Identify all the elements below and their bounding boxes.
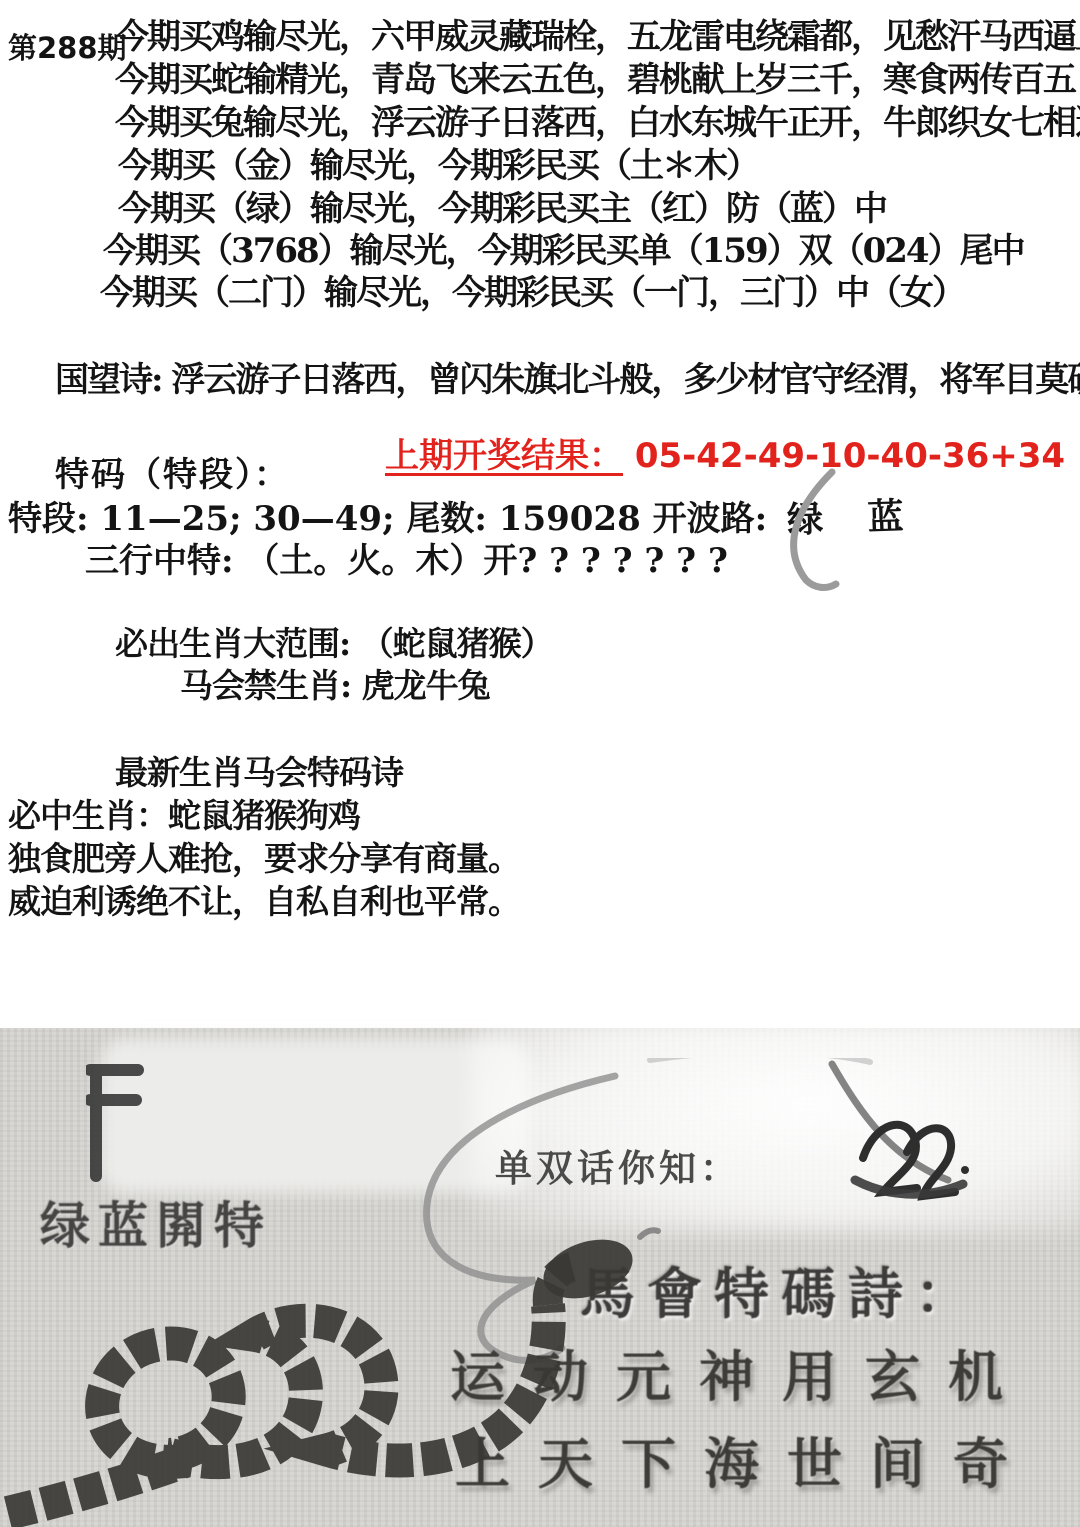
last-draw-result: 上期开奖结果： 05-42-49-10-40-36+34 bbox=[385, 428, 1065, 477]
guowang-text: 浮云游子日落西，曾闪朱旗北斗般，多少材官守经渭，将军目莫破愁颜。 bbox=[171, 360, 1080, 400]
bottom-gray-section: 绿蓝閞特 单双话你知： 馬會特碼詩： 运动元神用玄机 上天下海世间奇 bbox=[0, 1028, 1080, 1527]
period-label: 第288期 bbox=[8, 26, 127, 67]
lottery-tip-sheet: 第288期 今期买鸡输尽光，六甲威灵藏瑞栓，五龙雷电绕霜都，见愁汗马西逼上。 今… bbox=[0, 0, 1080, 1527]
must-zodiac-range: 必出生肖大范围: （蛇鼠猪猴） bbox=[115, 618, 553, 665]
sanxing-line: 三行中特: （土。火。木）开? ? ? ? ? ? ? bbox=[85, 533, 728, 582]
mahui-poem-title: 最新生肖马会特码诗 bbox=[115, 747, 403, 794]
poem-line-7: 今期买（二门）输尽光，今期彩民买（一门，三门）中（女） bbox=[100, 272, 964, 314]
poem-line-5: 今期买（绿）输尽光，今期彩民买主（红）防（蓝）中 bbox=[118, 188, 886, 230]
poem-line-2: 今期买蛇输精光，青岛飞来云五色，碧桃献上岁三千，寒食两传百五日。 bbox=[115, 59, 1080, 101]
guowang-label: 国望诗: bbox=[55, 360, 162, 400]
mahui-poem-line-3: 威迫利诱绝不让，自私自利也平常。 bbox=[8, 876, 520, 923]
snake-icon bbox=[0, 1223, 670, 1527]
mahui-poem-line-2: 独食肥旁人难抢，要求分享有商量。 bbox=[8, 833, 520, 880]
poem-line-6: 今期买（3768）输尽光，今期彩民买单（159）双（024）尾中 bbox=[103, 230, 1024, 272]
pen-swash-artifact bbox=[740, 468, 870, 598]
odd-even-tip-label: 单双话你知： bbox=[495, 1138, 741, 1192]
forbidden-zodiac: 马会禁生肖: 虎龙牛兔 bbox=[180, 660, 490, 707]
tema-label: 特码（特段）： bbox=[55, 447, 290, 496]
last-draw-label: 上期开奖结果： bbox=[385, 436, 623, 476]
obscured-number-scribble bbox=[845, 1100, 995, 1220]
poem-line-3: 今期买兔输尽光，浮云游子日落西，白水东城午正开，牛郎织女七相逢。 bbox=[115, 102, 1080, 144]
partial-covered-glyph bbox=[86, 1056, 146, 1196]
mahui-poem-line-1: 必中生肖：蛇鼠猪猴狗鸡 bbox=[8, 790, 360, 837]
poem-line-1: 今期买鸡输尽光，六甲威灵藏瑞栓，五龙雷电绕霜都，见愁汗马西逼上。 bbox=[115, 16, 1080, 58]
guowang-poem: 国望诗: 浮云游子日落西，曾闪朱旗北斗般，多少材官守经渭，将军目莫破愁颜。 bbox=[55, 352, 1080, 401]
poem-line-4: 今期买（金）输尽光，今期彩民买（土＊木） bbox=[118, 145, 758, 187]
